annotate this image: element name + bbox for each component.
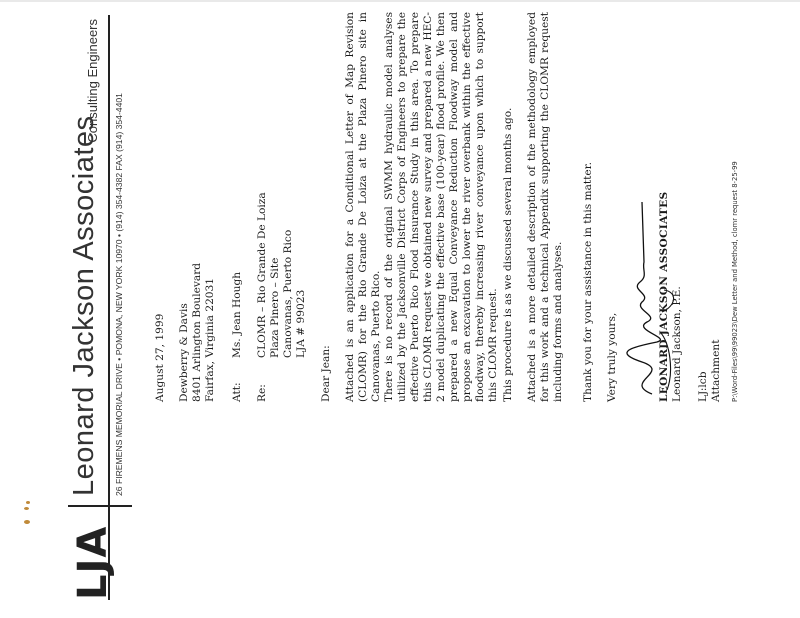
- logo-divider: [68, 505, 132, 507]
- typist-initials: LJ:lcb: [697, 12, 710, 402]
- paragraph-attachment: Attached is a more detailed description …: [526, 12, 565, 402]
- attention-value: Ms. Jean Hough: [231, 272, 244, 358]
- reference-line: Plaza Pinero – Site: [269, 192, 282, 358]
- recipient-line: 8401 Arlington Boulevard: [191, 12, 204, 402]
- paragraph-thanks: Thank you for your assistance in this ma…: [582, 12, 595, 402]
- firm-tagline: Consulting Engineers: [85, 19, 100, 143]
- firm-address: 26 FIREMENS MEMORIAL DRIVE • POMONA, NEW…: [114, 93, 124, 496]
- scan-speck: [26, 501, 30, 504]
- page-edge: [0, 0, 800, 2]
- reference-line: Canovanas, Puerto Rico: [282, 192, 295, 358]
- reference-label: Re:: [256, 362, 269, 402]
- attention-label: Att:: [231, 362, 244, 402]
- salutation: Dear Jean:: [320, 12, 333, 402]
- reference-line: CLOMR – Rio Grande De Loiza: [256, 192, 269, 358]
- paragraph-procedure: This procedure is as we discussed severa…: [502, 12, 515, 402]
- signature-name: Leonard Jackson, P.E.: [671, 12, 684, 402]
- signature-company: LEONARD JACKSON ASSOCIATES: [658, 12, 671, 402]
- paragraph-application: Attached is an application for a Conditi…: [344, 12, 383, 402]
- firm-name: Leonard Jackson Associates: [68, 115, 101, 496]
- scanned-letter-page: LJA Leonard Jackson Associates Consultin…: [0, 0, 800, 618]
- recipient-address: Dewberry & Davis 8401 Arlington Boulevar…: [178, 12, 217, 402]
- recipient-line: Fairfax, Virginia 22031: [204, 12, 217, 402]
- scan-speck: [24, 507, 29, 510]
- letterhead-rule: [108, 15, 110, 600]
- reference-line: LJA # 99023: [295, 192, 308, 358]
- letter-date: August 27, 1999: [154, 12, 167, 402]
- file-path-footer: P:\Word-Files\99\99023\Dew Letter and Me…: [731, 161, 739, 402]
- reference-lines: CLOMR – Rio Grande De Loiza Plaza Pinero…: [256, 192, 308, 358]
- scan-speck: [24, 520, 30, 524]
- letterhead: LJA Leonard Jackson Associates Consultin…: [68, 15, 138, 600]
- paragraph-methodology: There is no record of the original SWMM …: [383, 12, 500, 402]
- recipient-line: Dewberry & Davis: [178, 12, 191, 402]
- enclosure-note: Attachment: [710, 12, 723, 402]
- company-logo: LJA: [70, 512, 128, 600]
